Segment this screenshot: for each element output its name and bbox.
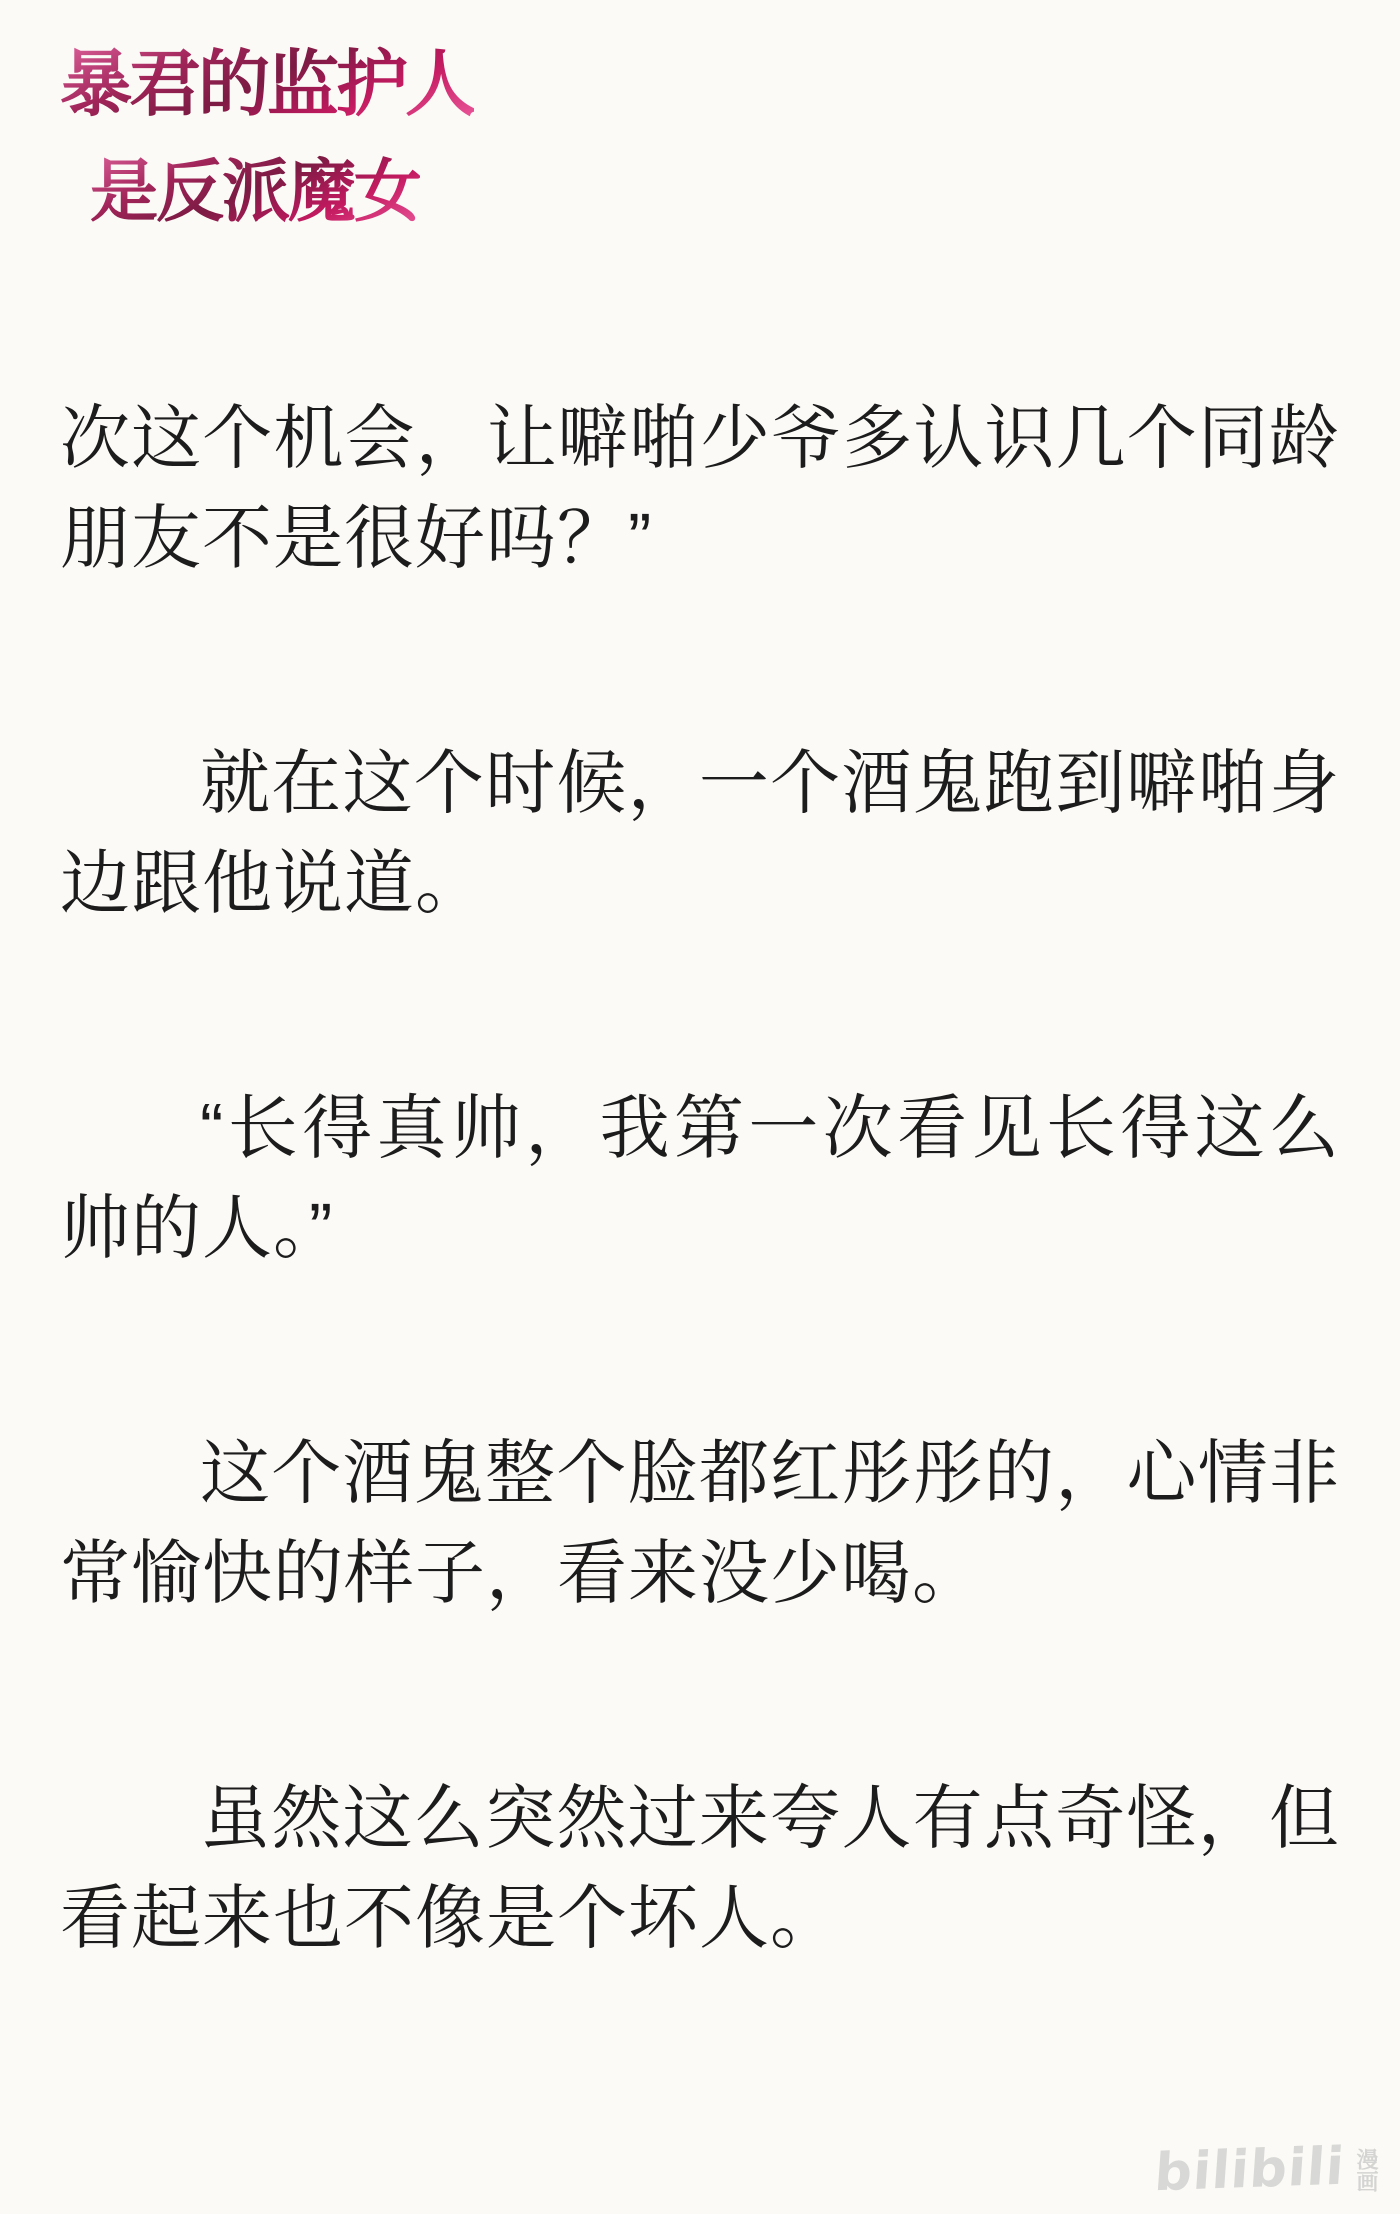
novel-paragraph: 虽然这么突然过来夸人有点奇怪，但看起来也不像是个坏人。 — [60, 1768, 1340, 1968]
novel-reader-page: 暴君的监护人 是反派魔女 次这个机会，让噼啪少爷多认识几个同龄朋友不是很好吗？”… — [0, 0, 1400, 2214]
novel-text-body: 次这个机会，让噼啪少爷多认识几个同龄朋友不是很好吗？” 就在这个时候，一个酒鬼跑… — [60, 388, 1340, 1968]
series-logo-line-1: 暴君的监护人 — [60, 40, 474, 128]
bilibili-watermark: bilibili 漫画 — [1155, 2140, 1378, 2200]
series-logo: 暴君的监护人 是反派魔女 — [60, 40, 1340, 236]
novel-paragraph: 这个酒鬼整个脸都红彤彤的，心情非常愉快的样子，看来没少喝。 — [60, 1423, 1340, 1623]
manhua-watermark-label: 漫画 — [1352, 2148, 1378, 2192]
series-logo-line-2: 是反派魔女 — [90, 148, 420, 236]
novel-paragraph: 次这个机会，让噼啪少爷多认识几个同龄朋友不是很好吗？” — [60, 388, 1340, 588]
novel-paragraph: 就在这个时候，一个酒鬼跑到噼啪身边跟他说道。 — [60, 733, 1340, 933]
bilibili-logo: bilibili — [1152, 2137, 1346, 2204]
novel-paragraph: “长得真帅，我第一次看见长得这么帅的人。” — [60, 1078, 1340, 1278]
